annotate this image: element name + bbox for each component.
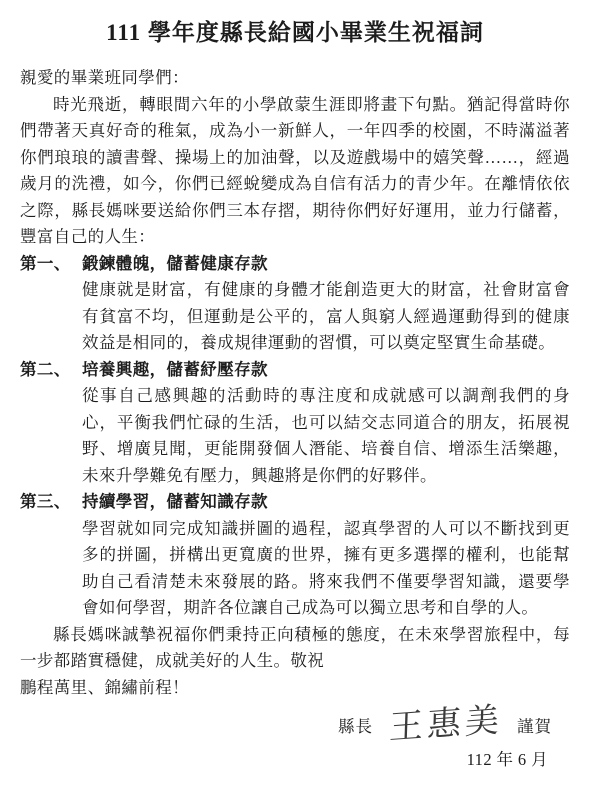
section-1-body: 健康就是財富，有健康的身體才能創造更大的財富，社會財富會有貧富不均，但運動是公平… bbox=[82, 277, 570, 357]
section-1-label: 第一、 bbox=[20, 251, 82, 278]
blessing-line: 鵬程萬里、錦繡前程！ bbox=[20, 675, 570, 702]
section-3-label: 第三、 bbox=[20, 489, 82, 516]
section-3-heading-text: 持續學習，儲蓄知識存款 bbox=[82, 492, 268, 511]
section-1-heading: 第一、鍛鍊體魄，儲蓄健康存款 bbox=[20, 251, 570, 278]
section-2: 第二、培養興趣，儲蓄紓壓存款 從事自己感興趣的活動時的專注度和成就感可以調劑我們… bbox=[20, 357, 570, 490]
section-3: 第三、持續學習，儲蓄知識存款 學習就如同完成知識拼圖的過程，認真學習的人可以不斷… bbox=[20, 489, 570, 622]
section-1: 第一、鍛鍊體魄，儲蓄健康存款 健康就是財富，有健康的身體才能創造更大的財富，社會… bbox=[20, 251, 570, 357]
signer-title-label: 縣長 bbox=[338, 713, 373, 737]
salutation-line: 親愛的畢業班同學們： bbox=[20, 65, 570, 92]
closing-paragraph: 縣長媽咪誠摯祝福你們秉持正向積極的態度，在未來學習旅程中，每一步都踏實穩健，成就… bbox=[20, 622, 570, 675]
document-page: 111 學年度縣長給國小畢業生祝福詞 親愛的畢業班同學們： 時光飛逝，轉眼間六年… bbox=[0, 0, 590, 800]
document-title: 111 學年度縣長給國小畢業生祝福詞 bbox=[20, 14, 570, 47]
signature-suffix: 謹賀 bbox=[517, 713, 552, 737]
section-2-label: 第二、 bbox=[20, 357, 82, 384]
section-2-heading: 第二、培養興趣，儲蓄紓壓存款 bbox=[20, 357, 570, 384]
intro-paragraph: 時光飛逝，轉眼間六年的小學啟蒙生涯即將畫下句點。猶記得當時你們帶著天真好奇的稚氣… bbox=[20, 92, 570, 251]
date-line: 112 年 6 月 bbox=[20, 747, 570, 774]
section-2-heading-text: 培養興趣，儲蓄紓壓存款 bbox=[82, 360, 268, 379]
section-3-body: 學習就如同完成知識拼圖的過程，認真學習的人可以不斷找到更多的拼圖，拼構出更寬廣的… bbox=[82, 516, 570, 622]
section-2-body: 從事自己感興趣的活動時的專注度和成就感可以調劑我們的身心，平衡我們忙碌的生活，也… bbox=[82, 383, 570, 489]
section-3-heading: 第三、持續學習，儲蓄知識存款 bbox=[20, 489, 570, 516]
signature-row: 縣長 王惠美 謹賀 bbox=[20, 703, 570, 747]
magistrate-handwritten-signature: 王惠美 bbox=[389, 704, 504, 746]
section-1-heading-text: 鍛鍊體魄，儲蓄健康存款 bbox=[82, 254, 268, 273]
